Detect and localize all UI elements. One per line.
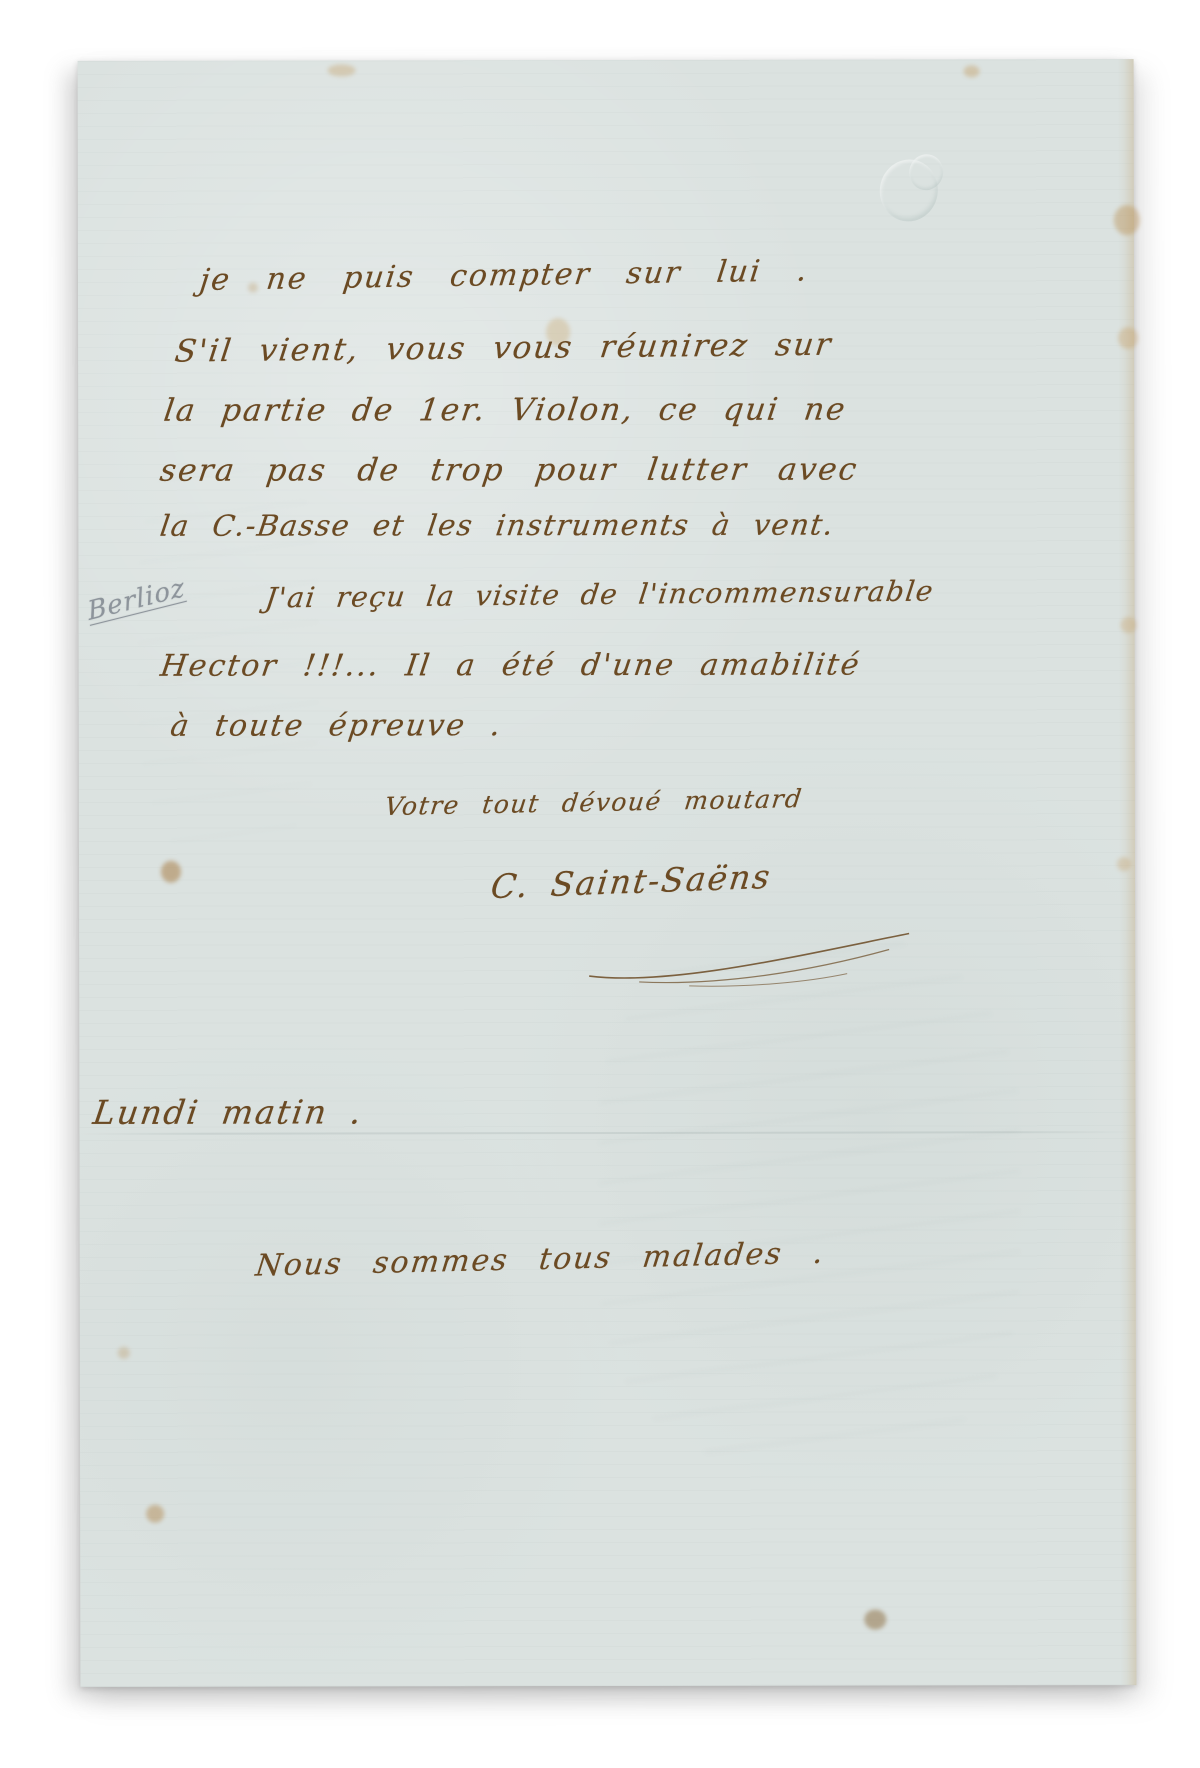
foxing-spot	[161, 861, 181, 883]
foxing-spot	[118, 1347, 130, 1359]
letter-page: Berlioz je ne puis compter sur lui . S'i…	[78, 59, 1137, 1687]
letter-line: je ne puis compter sur lui .	[198, 253, 811, 298]
letter-line: sera pas de trop pour lutter avec	[158, 452, 861, 489]
valediction: Votre tout dévoué moutard	[383, 784, 804, 821]
dateline: Lundi matin .	[91, 1092, 366, 1131]
foxing-spot	[1118, 327, 1138, 349]
embossed-stamp	[875, 155, 943, 226]
foxing-spot	[864, 1610, 886, 1630]
foxing-spot	[146, 1505, 164, 1523]
letter-line: Hector !!!... Il a été d'une amabilité	[158, 648, 863, 684]
foxing-spot	[964, 65, 980, 77]
signature-flourish	[579, 927, 919, 988]
foxing-spot	[1117, 857, 1131, 871]
foxing-spot	[328, 64, 356, 76]
foxing-spot	[1121, 617, 1137, 633]
paper-edge-toning	[1118, 59, 1137, 1685]
letter-line: à toute épreuve .	[168, 708, 504, 744]
letter-line: la C.-Basse et les instruments à vent.	[158, 508, 837, 543]
signature: C. Saint-Saëns	[489, 857, 774, 906]
letter-line: J'ai reçu la visite de l'incommensurable	[263, 574, 936, 614]
letter-line: la partie de 1er. Violon, ce qui ne	[162, 392, 849, 429]
letter-line: S'il vient, vous vous réunirez sur	[173, 327, 835, 370]
foxing-spot	[1114, 205, 1140, 235]
verso-show-through	[599, 939, 1020, 1460]
